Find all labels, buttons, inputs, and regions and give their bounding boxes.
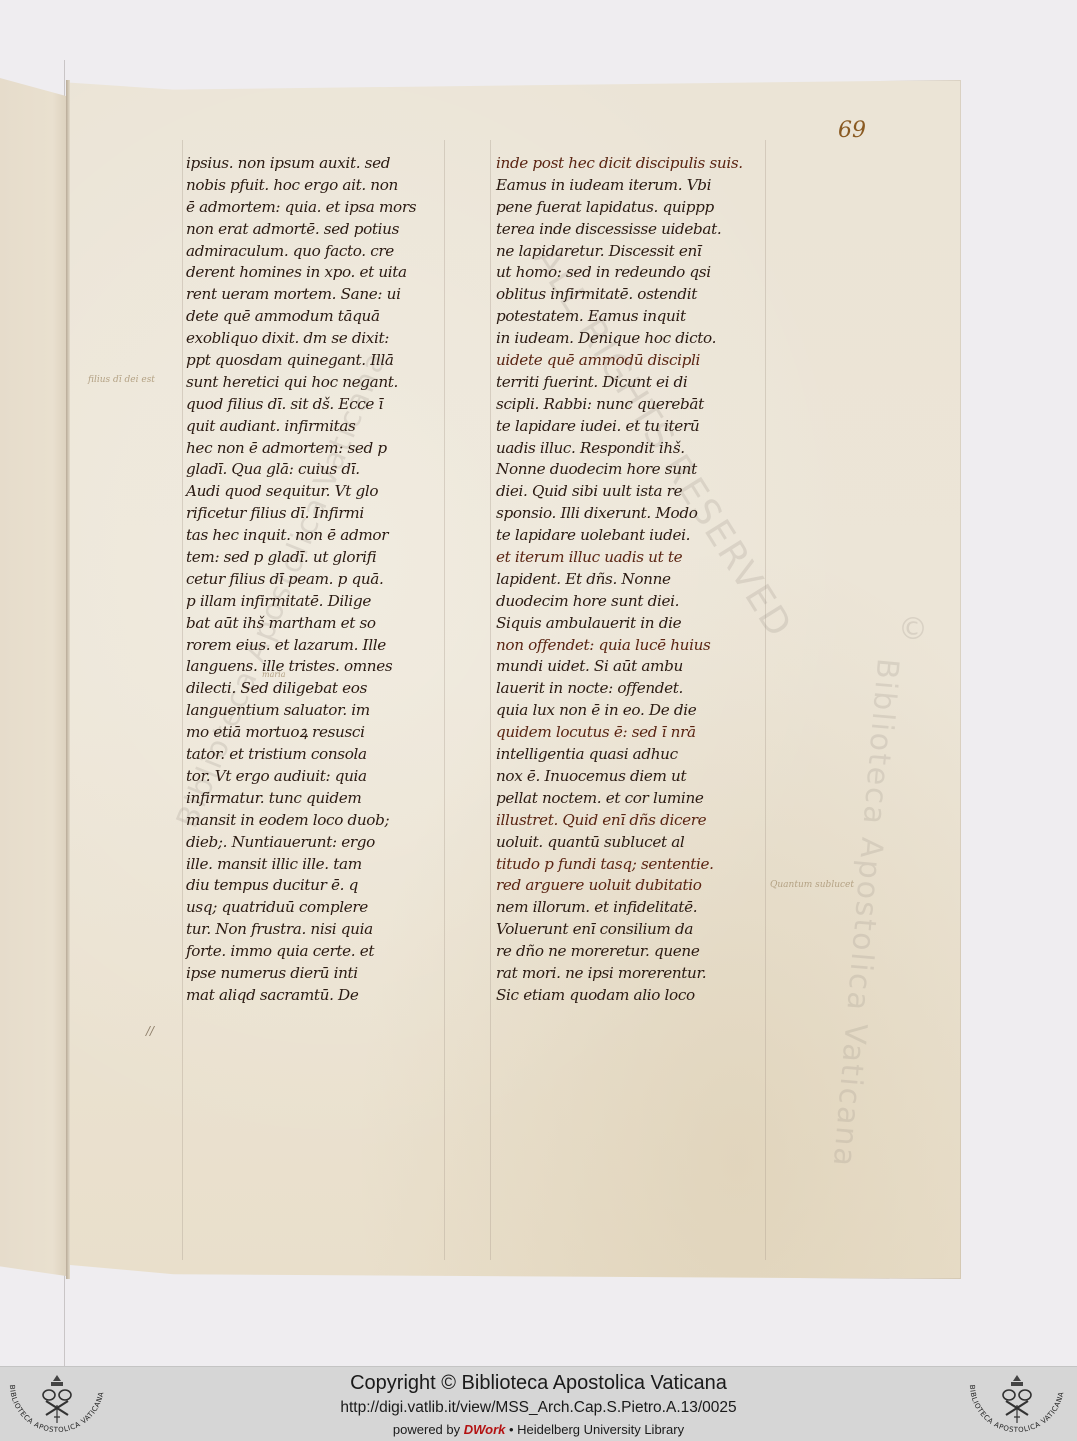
text-line: quit audiant. infirmitas <box>186 416 436 438</box>
text-line: ipsius. non ipsum auxit. sed <box>186 153 436 175</box>
text-line: lapident. Et dñs. Nonne <box>496 569 766 591</box>
text-line: nox ē. Inuocemus diem ut <box>496 766 766 788</box>
text-line: titudo p fundi tasq; sententie. <box>496 854 766 876</box>
margin-note-right: Quantum sublucet <box>770 880 854 890</box>
ruling-line <box>490 140 491 1260</box>
text-line: rificetur filius dī. Infirmi <box>186 503 436 525</box>
text-line: Nonne duodecim hore sunt <box>496 459 766 481</box>
text-line: mundi uidet. Si aūt ambu <box>496 656 766 678</box>
text-line: potestatem. Eamus inquit <box>496 306 766 328</box>
text-line: Siquis ambulauerit in die <box>496 613 766 635</box>
watermark-copyright-symbol: © <box>898 612 930 647</box>
text-line: forte. immo quia certe. et <box>186 941 436 963</box>
text-line: uidete quē ammodū discipli <box>496 350 766 372</box>
text-line: pellat noctem. et cor lumine <box>496 788 766 810</box>
text-line: ut homo: sed in redeundo qsi <box>496 262 766 284</box>
text-line: rat mori. ne ipsi morerentur. <box>496 963 766 985</box>
text-line: mo etiā mortuoꝝ resusci <box>186 722 436 744</box>
ruling-line <box>444 140 445 1260</box>
text-line: et iterum illuc uadis ut te <box>496 547 766 569</box>
powered-suffix: • Heidelberg University Library <box>505 1422 684 1437</box>
text-line: red arguere uoluit dubitatio <box>496 875 766 897</box>
text-line: tem: sed p gladī. ut glorifi <box>186 547 436 569</box>
powered-by-line: powered by DWork • Heidelberg University… <box>0 1422 1077 1437</box>
text-line: territi fuerint. Dicunt ei di <box>496 372 766 394</box>
text-line: cetur filius dī peam. p quā. <box>186 569 436 591</box>
text-line: tor. Vt ergo audiuit: quia <box>186 766 436 788</box>
text-line: quod filius dī. sit dš. Ecce ī <box>186 394 436 416</box>
text-line: Sic etiam quodam alio loco <box>496 985 766 1007</box>
copyright-title: Copyright © Biblioteca Apostolica Vatica… <box>0 1372 1077 1395</box>
text-line: pene fuerat lapidatus. quippp <box>496 197 766 219</box>
text-line: dilecti. Sed diligebat eos <box>186 678 436 700</box>
text-column-left: ipsius. non ipsum auxit. sed nobis pfuit… <box>186 153 436 1007</box>
text-line: illustret. Quid enī dñs dicere <box>496 810 766 832</box>
gutter-shadow <box>66 80 70 1279</box>
text-line: dieb;. Nuntiauerunt: ergo <box>186 832 436 854</box>
copyright-footer: BIBLIOTECA APOSTOLICA VATICANA Copyright… <box>0 1366 1077 1441</box>
text-line: non offendet: quia lucē huius <box>496 635 766 657</box>
text-line: ppt quosdam quinegant. Illā <box>186 350 436 372</box>
text-line: usq; quatriduū complere <box>186 897 436 919</box>
text-line: languens. ille tristes. omnes <box>186 656 436 678</box>
text-line: sponsio. Illi dixerunt. Modo <box>496 503 766 525</box>
text-line: tur. Non frustra. nisi quia <box>186 919 436 941</box>
text-line: scipli. Rabbi: nunc querebāt <box>496 394 766 416</box>
text-line: non erat admortē. sed potius <box>186 219 436 241</box>
text-line: ipse numerus dierū inti <box>186 963 436 985</box>
text-line: te lapidare iudei. et tu iterū <box>496 416 766 438</box>
text-line: bat aūt ihš martham et so <box>186 613 436 635</box>
source-url-link[interactable]: http://digi.vatlib.it/view/MSS_Arch.Cap.… <box>0 1399 1077 1417</box>
vatican-library-logo-icon: BIBLIOTECA APOSTOLICA VATICANA <box>962 1371 1072 1439</box>
text-line: rorem eius. et lazarum. Ille <box>186 635 436 657</box>
text-line: exobliquo dixit. dm se dixit: <box>186 328 436 350</box>
powered-prefix: powered by <box>393 1422 464 1437</box>
text-line: hec non ē admortem: sed p <box>186 438 436 460</box>
text-line: diei. Quid sibi uult ista re <box>496 481 766 503</box>
text-line: te lapidare uolebant iudei. <box>496 525 766 547</box>
text-line: dete quē ammodum tāquā <box>186 306 436 328</box>
text-line: inde post hec dicit discipulis suis. <box>496 153 766 175</box>
text-line: Voluerunt enī consilium da <box>496 919 766 941</box>
text-line: lauerit in nocte: offendet. <box>496 678 766 700</box>
ruling-line <box>182 140 183 1260</box>
text-line: duodecim hore sunt diei. <box>496 591 766 613</box>
text-line: p illam infirmitatē. Dilige <box>186 591 436 613</box>
text-line: uoluit. quantū sublucet al <box>496 832 766 854</box>
text-line: intelligentia quasi adhuc <box>496 744 766 766</box>
text-line: tator. et tristium consola <box>186 744 436 766</box>
text-line: Eamus in iudeam iterum. Vbi <box>496 175 766 197</box>
text-line: uadis illuc. Respondit ihš. <box>496 438 766 460</box>
text-line: quia lux non ē in eo. De die <box>496 700 766 722</box>
text-line: infirmatur. tunc quidem <box>186 788 436 810</box>
text-line: languentium saluator. im <box>186 700 436 722</box>
text-line: in iudeam. Denique hoc dicto. <box>496 328 766 350</box>
text-line: ne lapidaretur. Discessit enī <box>496 241 766 263</box>
facing-page-edge <box>0 78 66 1276</box>
folio-number: 69 <box>838 118 866 143</box>
text-line: mansit in eodem loco duob; <box>186 810 436 832</box>
text-line: nem illorum. et infidelitatē. <box>496 897 766 919</box>
text-line: rent ueram mortem. Sane: ui <box>186 284 436 306</box>
text-line: sunt heretici qui hoc negant. <box>186 372 436 394</box>
text-line: terea inde discessisse uidebat. <box>496 219 766 241</box>
margin-mark: // <box>146 1024 154 1038</box>
margin-note-left: filius dī dei est <box>88 375 155 385</box>
text-line: re dño ne moreretur. quene <box>496 941 766 963</box>
text-line: oblitus infirmitatē. ostendit <box>496 284 766 306</box>
text-line: quidem locutus ē: sed ī nrā <box>496 722 766 744</box>
text-line: Audi quod sequitur. Vt glo <box>186 481 436 503</box>
text-column-right: inde post hec dicit discipulis suis. Eam… <box>496 153 766 1007</box>
text-line: gladī. Qua glā: cuius dī. <box>186 459 436 481</box>
text-line: ille. mansit illic ille. tam <box>186 854 436 876</box>
text-line: ē admortem: quia. et ipsa mors <box>186 197 436 219</box>
dwork-brand: DWork <box>464 1422 506 1437</box>
text-line: admiraculum. quo facto. cre <box>186 241 436 263</box>
text-line: nobis pfuit. hoc ergo ait. non <box>186 175 436 197</box>
text-line: derent homines in xpo. et uita <box>186 262 436 284</box>
text-line: mat aliqd sacramtū. De <box>186 985 436 1007</box>
text-line: diu tempus ducitur ē. q <box>186 875 436 897</box>
text-line: tas hec inquit. non ē admor <box>186 525 436 547</box>
